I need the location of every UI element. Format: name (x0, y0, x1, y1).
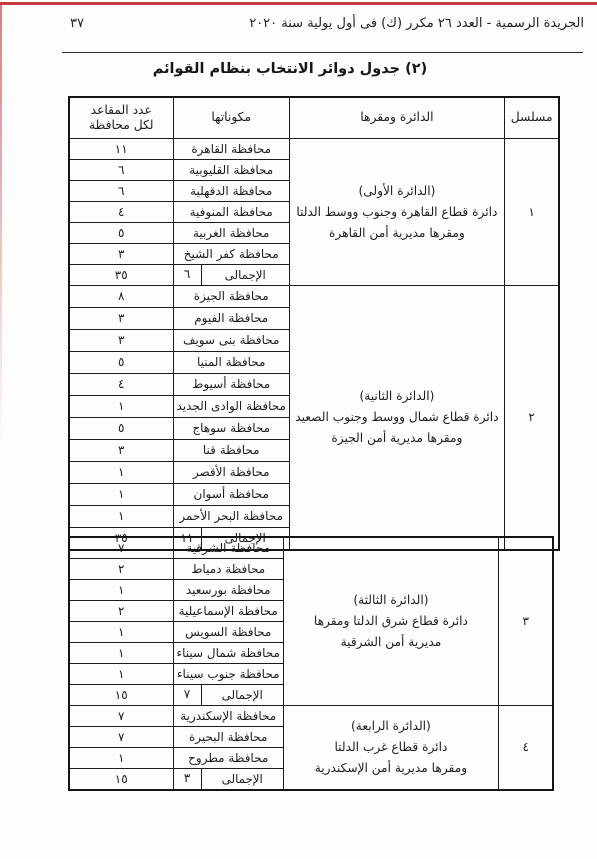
district-3-desc: دائرة قطاع شرق الدلتا ومقرها (287, 611, 495, 632)
seats-cell: ٣ (69, 308, 173, 330)
table-row: ١ (الدائرة الأولى) دائرة قطاع القاهرة وج… (69, 139, 559, 160)
governorate-cell: محافظة المنوفية (173, 202, 289, 223)
col-header-components: مكوناتها (173, 97, 289, 139)
governorate-cell: محافظة جنوب سيناء (173, 664, 283, 685)
governorate-cell: محافظة السويس (173, 622, 283, 643)
governorate-cell: محافظة سوهاج (173, 418, 289, 440)
seats-cell: ١١ (69, 139, 173, 160)
district-1-name: (الدائرة الأولى) (293, 181, 501, 202)
district-4-name: (الدائرة الرابعة) (287, 716, 495, 737)
district-1-hq: ومقرها مديرية أمن القاهرة (293, 223, 501, 244)
governorate-cell: محافظة البحر الأحمر (173, 506, 289, 528)
seats-cell: ٨ (69, 286, 173, 308)
seats-cell: ٥ (69, 352, 173, 374)
gazette-page: { "colors": { "accent_red": "#c43a40", "… (0, 0, 597, 859)
district-1-desc: دائرة قطاع القاهرة وجنوب ووسط الدلتا (293, 202, 501, 223)
total-seats-cell: ١٥ (69, 685, 173, 706)
seats-cell: ٣ (69, 440, 173, 462)
district-1-serial: ١ (504, 139, 559, 286)
seats-cell: ١ (69, 484, 173, 506)
district-2-hq: ومقرها مديرية أمن الجيزة (293, 428, 501, 449)
col-header-seats: عدد المقاعد لكل محافظة (69, 97, 173, 139)
seats-cell: ٤ (69, 374, 173, 396)
district-4-desc: دائرة قطاع غرب الدلتا (287, 737, 495, 758)
district-2-desc: دائرة قطاع شمال ووسط وجنوب الصعيد (293, 407, 501, 428)
col-header-district: الدائرة ومقرها (289, 97, 504, 139)
seats-cell: ٦ (69, 181, 173, 202)
governorate-cell: محافظة بورسعيد (173, 580, 283, 601)
total-label: الإجمالى (201, 769, 283, 789)
seats-cell: ٧ (69, 537, 173, 559)
total-governorate-count: ٧ (174, 685, 201, 705)
governorate-cell: محافظة الوادى الجديد (173, 396, 289, 418)
total-label: الإجمالى (201, 265, 289, 285)
governorate-cell: محافظة شمال سيناء (173, 643, 283, 664)
table-header-row: مسلسل الدائرة ومقرها مكوناتها عدد المقاع… (69, 97, 559, 139)
table-row: ٢ (الدائرة الثانية) دائرة قطاع شمال ووسط… (69, 286, 559, 308)
district-3-serial: ٣ (498, 537, 553, 706)
electoral-table-lower: ٣ (الدائرة الثالثة) دائرة قطاع شرق الدلت… (68, 536, 554, 791)
seats-cell: ٧ (69, 706, 173, 727)
governorate-cell: محافظة الأقصر (173, 462, 289, 484)
seats-cell: ٥ (69, 223, 173, 244)
seats-cell: ١ (69, 748, 173, 769)
district-3-name: (الدائرة الثالثة) (287, 590, 495, 611)
governorate-cell: محافظة مطروح (173, 748, 283, 769)
page-top-red-rule (0, 2, 597, 5)
seats-cell: ١ (69, 580, 173, 601)
governorate-cell: محافظة الإسكندرية (173, 706, 283, 727)
total-governorate-count: ٦ (174, 265, 201, 285)
governorate-cell: محافظة قنا (173, 440, 289, 462)
seats-cell: ١ (69, 664, 173, 685)
masthead: الجريدة الرسمية - العدد ٢٦ مكرر (ك) فى أ… (70, 16, 584, 31)
seats-cell: ٣ (69, 330, 173, 352)
district-3-hq: مديرية أمن الشرقية (287, 632, 495, 653)
seats-cell: ١ (69, 462, 173, 484)
governorate-cell: محافظة الإسماعيلية (173, 601, 283, 622)
governorate-cell: محافظة القاهرة (173, 139, 289, 160)
seats-cell: ٢ (69, 559, 173, 580)
total-label: الإجمالى (201, 685, 283, 705)
total-split-cell: الإجمالى ٧ (173, 685, 283, 706)
seats-cell: ٥ (69, 418, 173, 440)
district-4-serial: ٤ (498, 706, 553, 791)
col-header-serial: مسلسل (504, 97, 559, 139)
total-seats-cell: ١٥ (69, 769, 173, 791)
district-2-serial: ٢ (504, 286, 559, 551)
masthead-journal-line: الجريدة الرسمية - العدد ٢٦ مكرر (ك) فى أ… (249, 16, 584, 31)
seats-cell: ٧ (69, 727, 173, 748)
governorate-cell: محافظة الفيوم (173, 308, 289, 330)
district-2-summary: (الدائرة الثانية) دائرة قطاع شمال ووسط و… (289, 286, 504, 551)
district-4-summary: (الدائرة الرابعة) دائرة قطاع غرب الدلتا … (283, 706, 498, 791)
total-split-cell: الإجمالى ٦ (173, 265, 289, 286)
governorate-cell: محافظة البحيرة (173, 727, 283, 748)
governorate-cell: محافظة أسوان (173, 484, 289, 506)
governorate-cell: محافظة كفر الشيخ (173, 244, 289, 265)
seats-cell: ٣ (69, 244, 173, 265)
electoral-table-upper: مسلسل الدائرة ومقرها مكوناتها عدد المقاع… (68, 96, 560, 551)
seats-cell: ١ (69, 643, 173, 664)
governorate-cell: محافظة بنى سويف (173, 330, 289, 352)
table-row: ٤ (الدائرة الرابعة) دائرة قطاع غرب الدلت… (69, 706, 553, 727)
seats-cell: ٦ (69, 160, 173, 181)
table-row: ٣ (الدائرة الثالثة) دائرة قطاع شرق الدلت… (69, 537, 553, 559)
section-title: (٢) جدول دوائر الانتخاب بنظام القوائم (40, 61, 540, 77)
district-4-hq: ومقرها مديرية أمن الإسكندرية (287, 758, 495, 779)
governorate-cell: محافظة الجيزة (173, 286, 289, 308)
page-left-red-rule (0, 4, 2, 444)
governorate-cell: محافظة دمياط (173, 559, 283, 580)
masthead-page-number: ٣٧ (70, 16, 84, 31)
governorate-cell: محافظة الدقهلية (173, 181, 289, 202)
governorate-cell: محافظة أسيوط (173, 374, 289, 396)
governorate-cell: محافظة القليوبية (173, 160, 289, 181)
seats-cell: ١ (69, 506, 173, 528)
seats-cell: ٢ (69, 601, 173, 622)
governorate-cell: محافظة الغربية (173, 223, 289, 244)
total-governorate-count: ٣ (174, 769, 201, 789)
masthead-divider-rule (62, 52, 583, 53)
total-split-cell: الإجمالى ٣ (173, 769, 283, 791)
seats-cell: ١ (69, 622, 173, 643)
seats-cell: ١ (69, 396, 173, 418)
seats-cell: ٤ (69, 202, 173, 223)
district-3-summary: (الدائرة الثالثة) دائرة قطاع شرق الدلتا … (283, 537, 498, 706)
governorate-cell: محافظة المنيا (173, 352, 289, 374)
total-seats-cell: ٣٥ (69, 265, 173, 286)
governorate-cell: محافظة الشرقية (173, 537, 283, 559)
district-2-name: (الدائرة الثانية) (293, 386, 501, 407)
district-1-summary: (الدائرة الأولى) دائرة قطاع القاهرة وجنو… (289, 139, 504, 286)
